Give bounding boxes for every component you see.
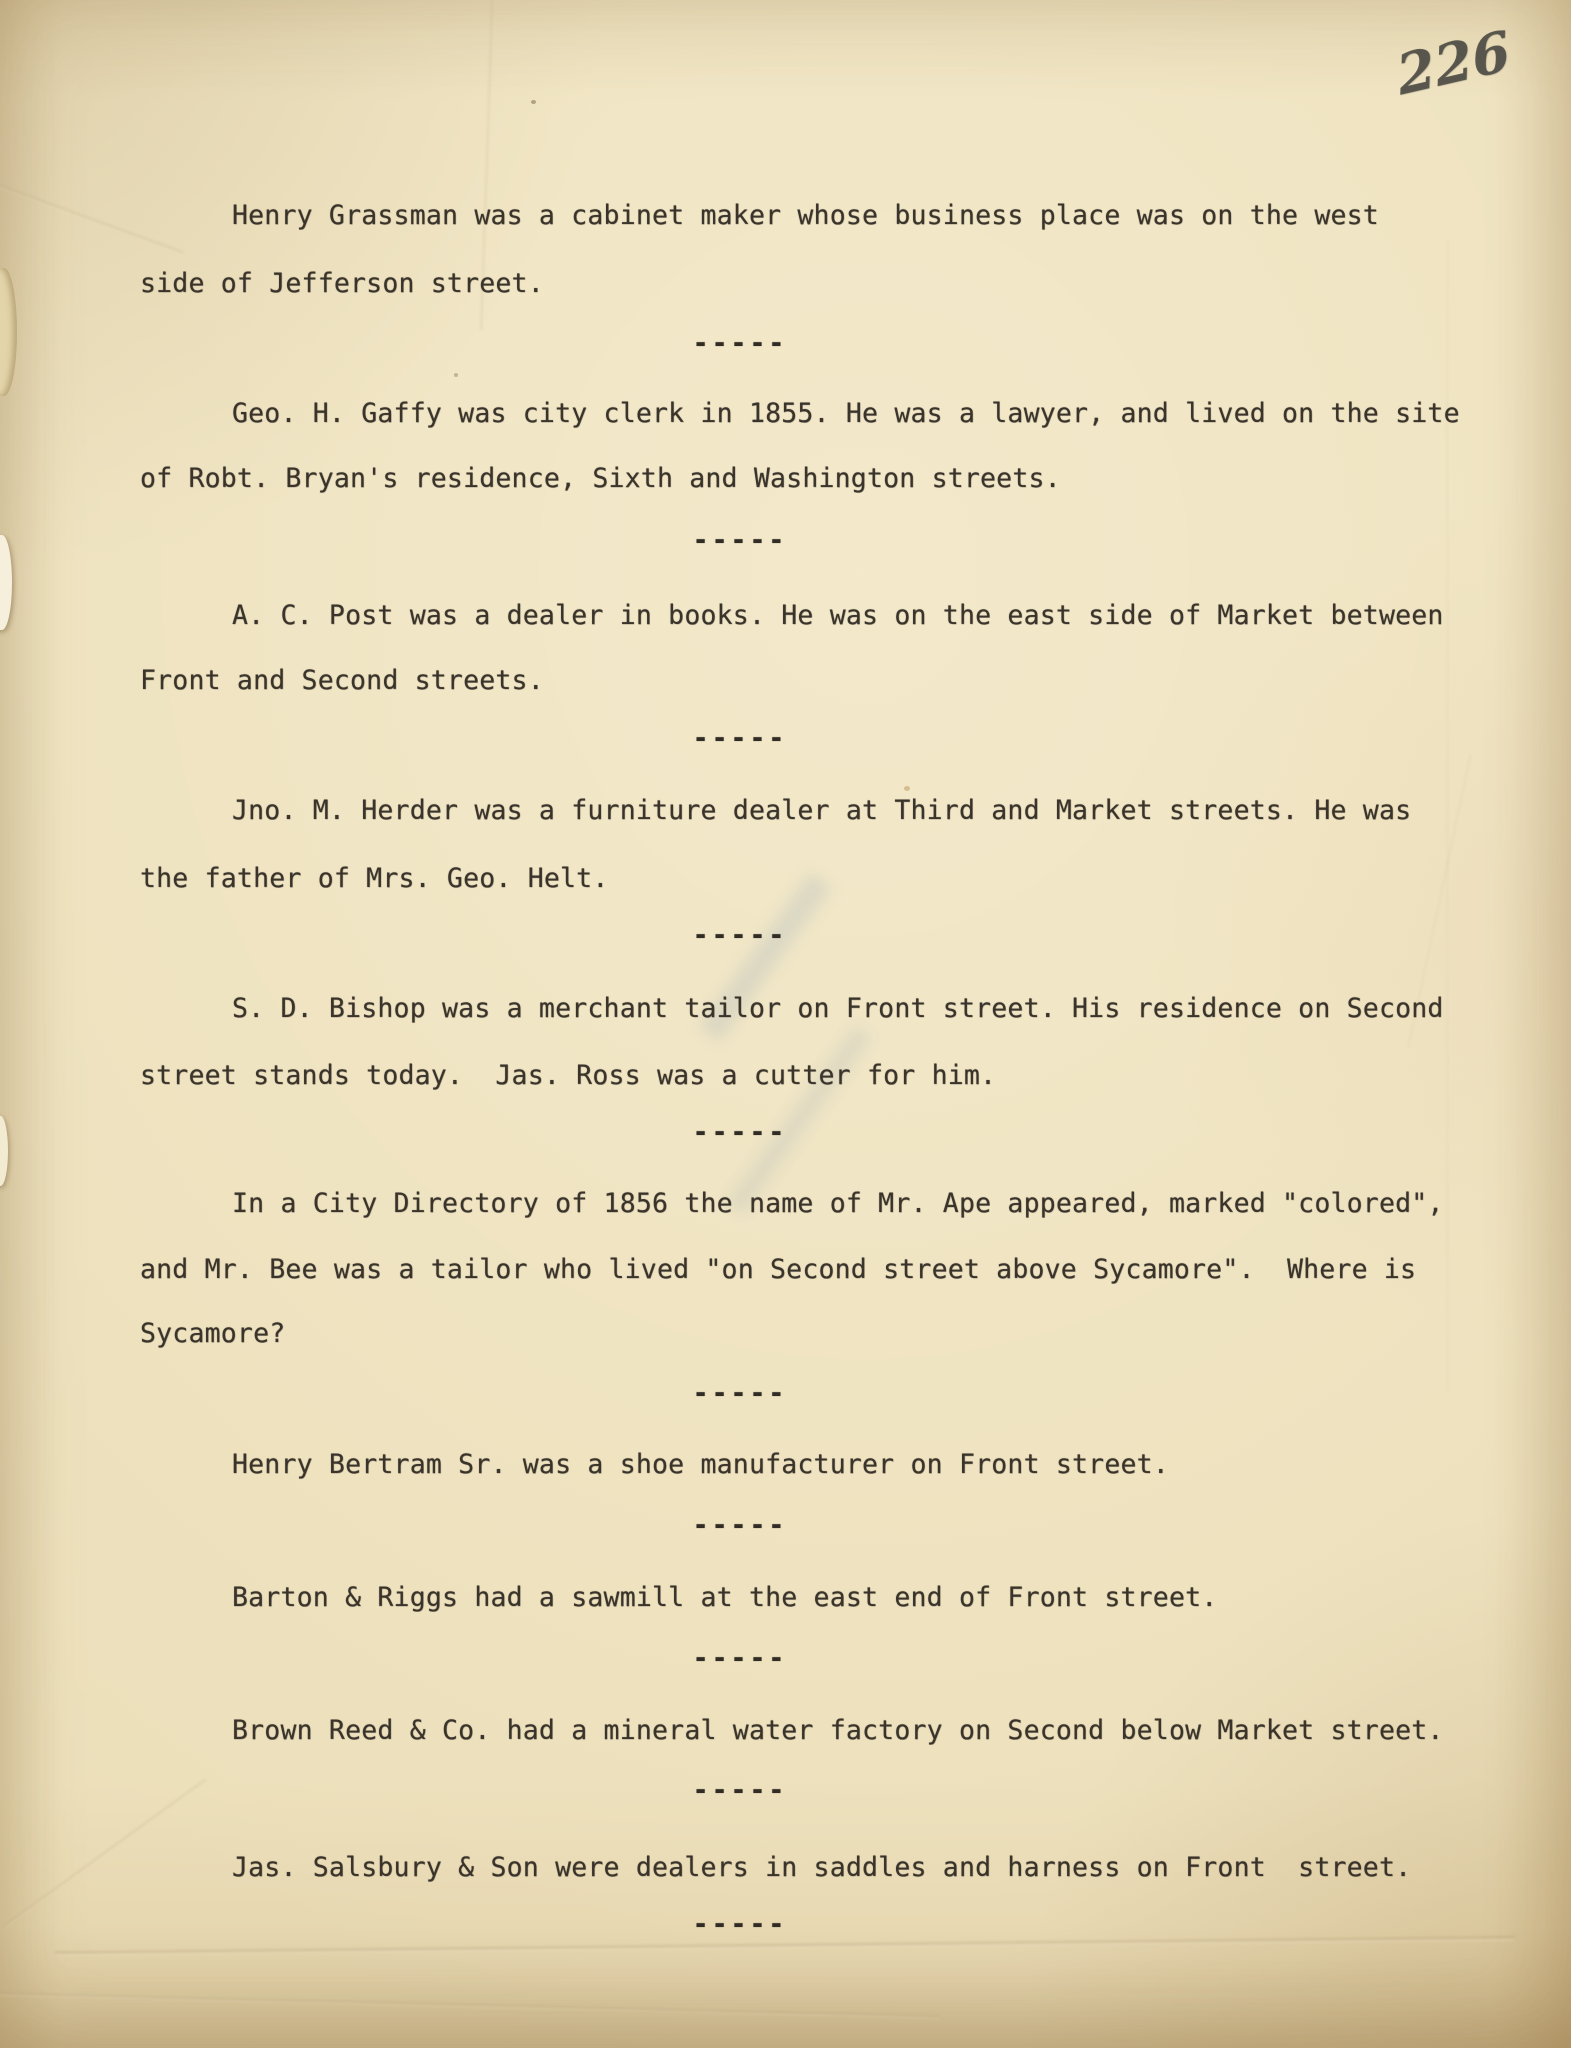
- typed-line: Henry Grassman was a cabinet maker whose…: [232, 199, 1379, 233]
- section-divider: -----: [94, 722, 1386, 756]
- section-divider: -----: [94, 1377, 1386, 1411]
- typed-line: of Robt. Bryan's residence, Sixth and Wa…: [140, 462, 1061, 496]
- typed-line: Brown Reed & Co. had a mineral water fac…: [232, 1714, 1444, 1748]
- section-divider: -----: [94, 919, 1386, 953]
- typed-line: street stands today. Jas. Ross was a cut…: [140, 1059, 996, 1093]
- typed-line: Jas. Salsbury & Son were dealers in sadd…: [232, 1851, 1411, 1885]
- typed-line: In a City Directory of 1856 the name of …: [232, 1187, 1444, 1221]
- paper-tear: [0, 535, 12, 630]
- typed-line: Sycamore?: [140, 1317, 285, 1351]
- section-divider: -----: [94, 1509, 1386, 1543]
- typed-line: A. C. Post was a dealer in books. He was…: [232, 599, 1444, 633]
- typed-line: side of Jefferson street.: [140, 267, 544, 301]
- section-divider: -----: [94, 327, 1386, 361]
- typed-line: the father of Mrs. Geo. Helt.: [140, 862, 608, 896]
- section-divider: -----: [94, 1774, 1386, 1808]
- section-divider: -----: [94, 524, 1386, 558]
- typed-line: Geo. H. Gaffy was city clerk in 1855. He…: [232, 397, 1460, 431]
- paper-tear: [0, 1116, 8, 1186]
- typed-line: S. D. Bishop was a merchant tailor on Fr…: [232, 992, 1444, 1026]
- section-divider: -----: [94, 1642, 1386, 1676]
- section-divider: -----: [94, 1908, 1386, 1942]
- typed-line: Henry Bertram Sr. was a shoe manufacture…: [232, 1448, 1169, 1482]
- paper-tear: [0, 268, 17, 396]
- typed-line: Front and Second streets.: [140, 664, 544, 698]
- typed-line: Barton & Riggs had a sawmill at the east…: [232, 1581, 1217, 1615]
- typed-line: and Mr. Bee was a tailor who lived "on S…: [140, 1253, 1416, 1287]
- typed-line: Jno. M. Herder was a furniture dealer at…: [232, 794, 1411, 828]
- section-divider: -----: [94, 1116, 1386, 1150]
- typed-content: Henry Grassman was a cabinet maker whose…: [140, 0, 1432, 2048]
- document-page: 226 Henry Grassman was a cabinet maker w…: [0, 0, 1571, 2048]
